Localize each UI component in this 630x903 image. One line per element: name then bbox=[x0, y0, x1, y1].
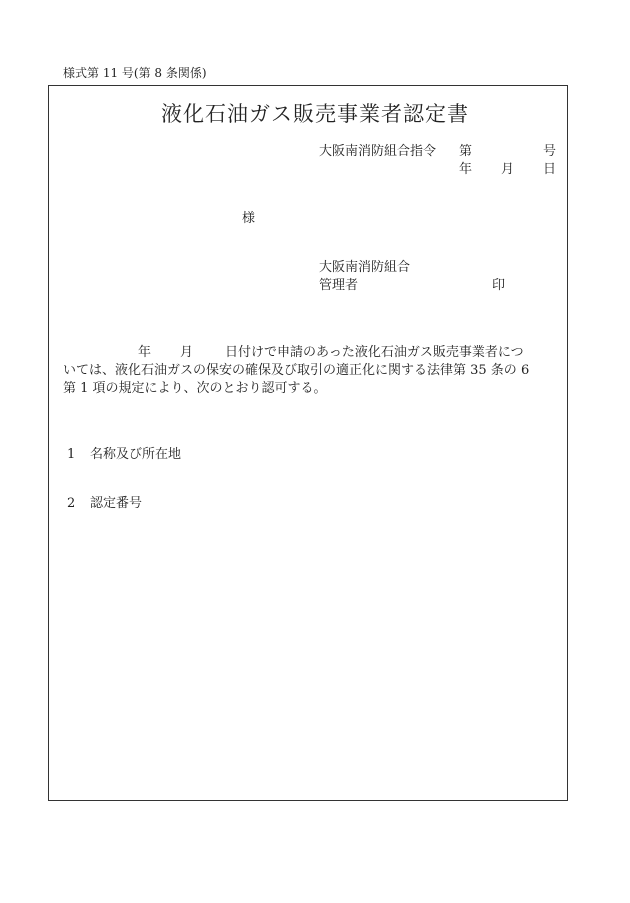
item-1-label: 名称及び所在地 bbox=[90, 446, 181, 464]
form-number-label: 様式第 11 号(第 8 条関係) bbox=[63, 65, 207, 81]
body-line-1: 年 月 日付けで申請のあった液化石油ガス販売事業者につ bbox=[63, 344, 558, 362]
document-title: 液化石油ガス販売事業者認定書 bbox=[0, 100, 630, 128]
number-suffix: 号 bbox=[543, 143, 556, 161]
body-paragraph: 年 月 日付けで申請のあった液化石油ガス販売事業者につ いては、液化石油ガスの保… bbox=[63, 344, 558, 398]
body-month: 月 bbox=[180, 344, 193, 362]
seal-mark: 印 bbox=[492, 277, 505, 295]
date-year-label: 年 bbox=[459, 161, 472, 179]
directive-label: 大阪南消防組合指令 bbox=[319, 143, 436, 161]
body-line-3: 第 1 項の規定により、次のとおり認可する。 bbox=[63, 380, 558, 398]
body-year: 年 bbox=[138, 344, 151, 362]
document-frame bbox=[48, 85, 568, 801]
number-prefix: 第 bbox=[459, 143, 472, 161]
body-line-1-text: 日付けで申請のあった液化石油ガス販売事業者につ bbox=[225, 344, 524, 362]
issuer-role: 管理者 bbox=[319, 277, 358, 295]
item-2-number: 2 bbox=[67, 495, 75, 513]
item-1-number: 1 bbox=[67, 446, 75, 464]
body-line-2: いては、液化石油ガスの保安の確保及び取引の適正化に関する法律第 35 条の 6 bbox=[63, 362, 558, 380]
addressee-suffix: 様 bbox=[242, 210, 255, 228]
date-month-label: 月 bbox=[501, 161, 514, 179]
item-2-label: 認定番号 bbox=[90, 495, 142, 513]
issuer-organization: 大阪南消防組合 bbox=[319, 259, 410, 277]
date-day-label: 日 bbox=[543, 161, 556, 179]
